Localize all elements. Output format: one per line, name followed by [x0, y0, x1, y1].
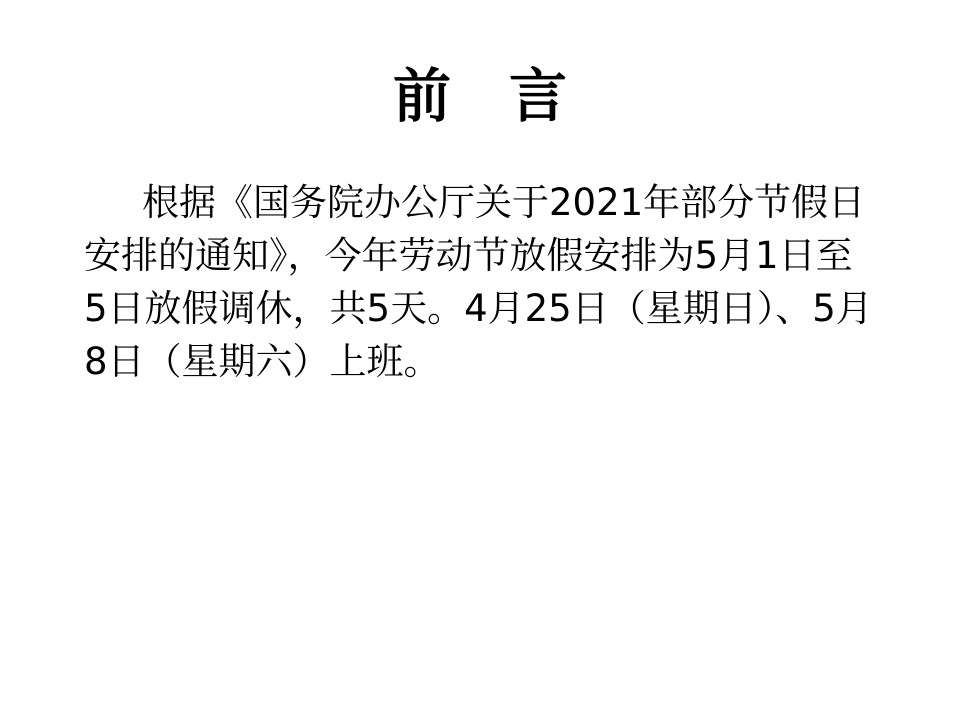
slide-title: 前言	[0, 58, 960, 134]
paragraph-line-2: 安排的通知》，今年劳动节放假安排为5月1日至	[84, 229, 884, 282]
paragraph-line-4: 8日（星期六）上班。	[84, 335, 884, 388]
title-char-1: 前	[393, 62, 451, 130]
paragraph-line-1: 根据《国务院办公厅关于2021年部分节假日	[84, 176, 884, 229]
title-char-2: 言	[509, 62, 567, 130]
slide: 前言 根据《国务院办公厅关于2021年部分节假日 安排的通知》，今年劳动节放假安…	[0, 0, 960, 720]
slide-body-paragraph: 根据《国务院办公厅关于2021年部分节假日 安排的通知》，今年劳动节放假安排为5…	[84, 176, 884, 388]
paragraph-line-3: 5日放假调休，共5天。4月25日（星期日）、5月	[84, 282, 884, 335]
